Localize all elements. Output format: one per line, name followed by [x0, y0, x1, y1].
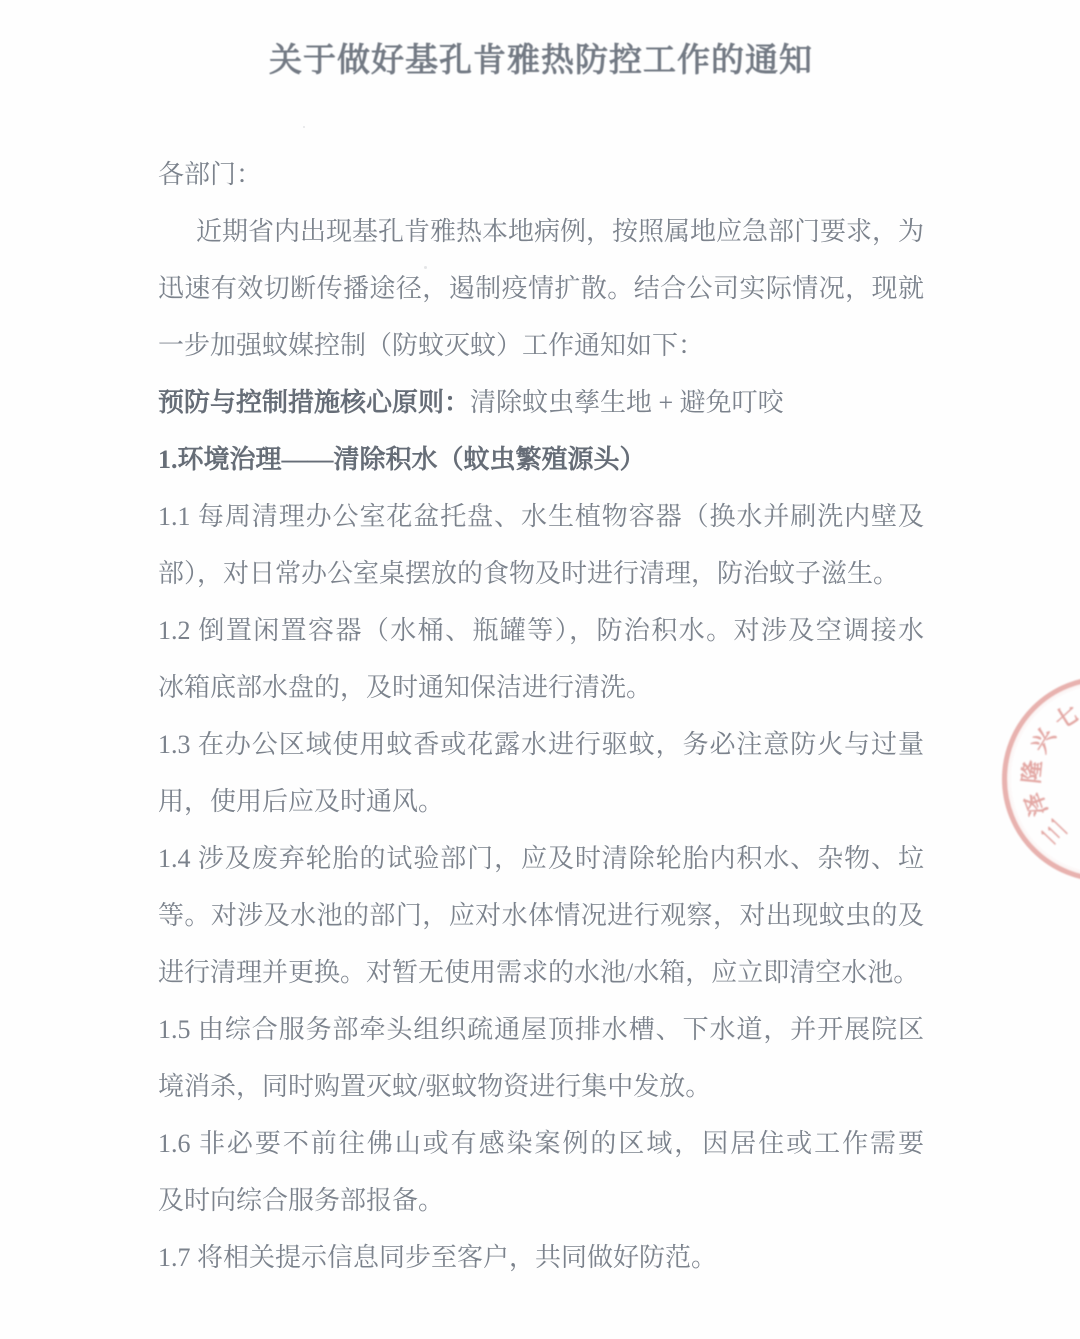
item-1-1-line: 1.1 每周清理办公室花盆托盘、水生植物容器（换水并刷洗内壁及根: [158, 488, 924, 545]
document-body: 各部门： 近期省内出现基孔肯雅热本地病例，按照属地应急部门要求，为 迅速有效切断…: [158, 146, 924, 1286]
salutation-line: 各部门：: [158, 146, 924, 203]
text-line: 近期省内出现基孔肯雅热本地病例，按照属地应急部门要求，为: [158, 203, 924, 260]
official-seal-stamp: 七 兴 隆 泽 三: [1002, 676, 1080, 882]
item-1-3-line: 1.3 在办公区域使用蚊香或花露水进行驱蚊，务必注意防火与过量使: [158, 716, 924, 773]
scan-speck: [424, 266, 427, 269]
text-line: 一步加强蚊媒控制（防蚊灭蚊）工作通知如下：: [158, 317, 924, 374]
principle-value: 清除蚊虫孳生地 + 避免叮咬: [470, 388, 784, 417]
item-1-1-line: 部），对日常办公室桌摆放的食物及时进行清理，防治蚊子滋生。: [158, 545, 924, 602]
item-1-6-line: 1.6 非必要不前往佛山或有感染案例的区域，因居住或工作需要的，: [158, 1115, 924, 1172]
section-1-heading: 1.环境治理——清除积水（蚊虫繁殖源头）: [158, 431, 924, 488]
principle-label: 预防与控制措施核心原则：: [158, 388, 470, 417]
item-1-7-line: 1.7 将相关提示信息同步至客户，共同做好防范。: [158, 1229, 924, 1286]
item-1-4-line: 等。对涉及水池的部门，应对水体情况进行观察，对出现蚊虫的及时: [158, 887, 924, 944]
seal-character: 隆: [1020, 759, 1046, 785]
text-line: 迅速有效切断传播途径，遏制疫情扩散。结合公司实际情况，现就进: [158, 260, 924, 317]
scan-speck: [303, 126, 305, 128]
item-1-4-line: 进行清理并更换。对暂无使用需求的水池/水箱，应立即清空水池。: [158, 944, 924, 1001]
item-1-2-line: 冰箱底部水盘的，及时通知保洁进行清洗。: [158, 659, 924, 716]
item-1-5-line: 境消杀，同时购置灭蚊/驱蚊物资进行集中发放。: [158, 1058, 924, 1115]
item-1-2-line: 1.2 倒置闲置容器（水桶、瓶罐等），防治积水。对涉及空调接水盘、: [158, 602, 924, 659]
item-1-6-line: 及时向综合服务部报备。: [158, 1172, 924, 1229]
item-1-5-line: 1.5 由综合服务部牵头组织疏通屋顶排水槽、下水道，并开展院区环: [158, 1001, 924, 1058]
document-title: 关于做好基孔肯雅热防控工作的通知: [158, 34, 924, 81]
item-1-4-line: 1.4 涉及废弃轮胎的试验部门，应及时清除轮胎内积水、杂物、垃圾: [158, 830, 924, 887]
item-1-3-line: 用，使用后应及时通风。: [158, 773, 924, 830]
document-page: 关于做好基孔肯雅热防控工作的通知 各部门： 近期省内出现基孔肯雅热本地病例，按照…: [0, 0, 1080, 1339]
scan-speck: [577, 1097, 580, 1099]
principle-line: 预防与控制措施核心原则：清除蚊虫孳生地 + 避免叮咬: [158, 374, 924, 431]
